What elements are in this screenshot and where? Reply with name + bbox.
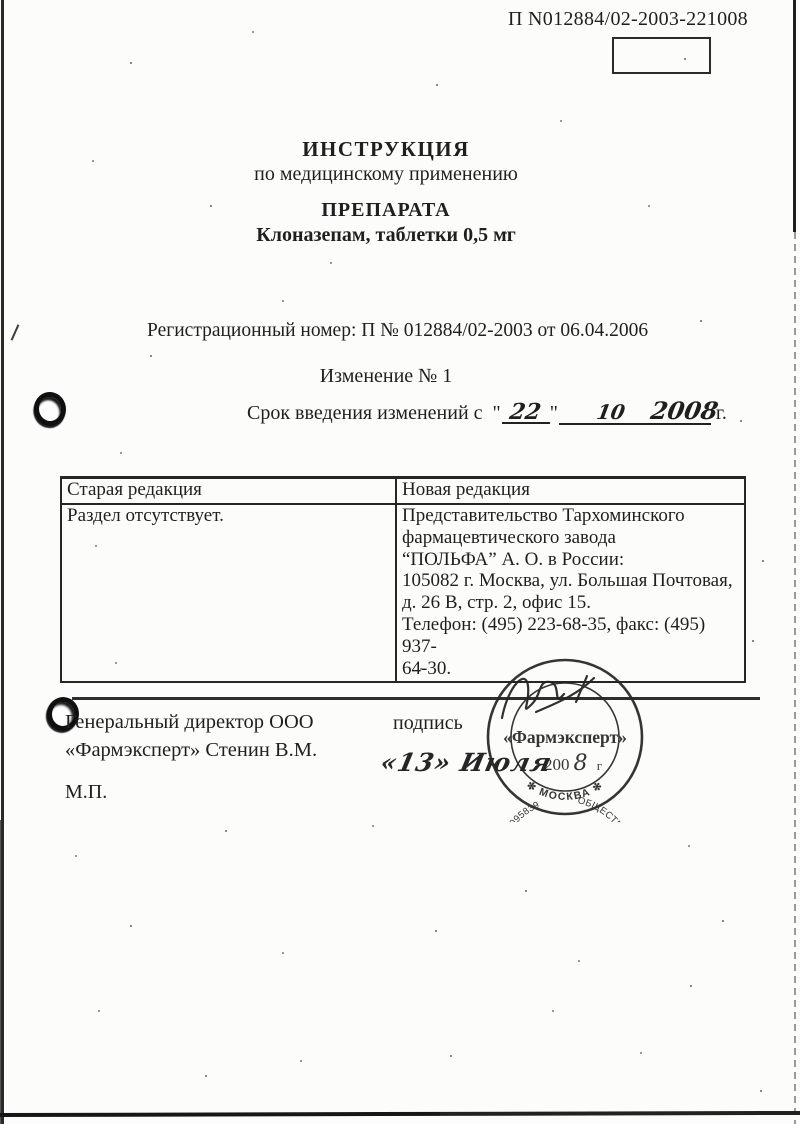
seal-place-label: М.П. — [65, 781, 107, 804]
company-stamp: ОБЩЕСТВО С ОГРАНИЧЕННОЙ ОТВЕТСТВЕННОСТЬЮ… — [480, 652, 650, 822]
page-title: ИНСТРУКЦИЯ — [0, 137, 772, 162]
effective-date-line: Срок введения изменений с "22"102008 г. — [247, 402, 727, 425]
handwritten-day-underline: 22 — [502, 402, 550, 424]
signature-label: подпись — [393, 712, 463, 735]
preparation-label: ПРЕПАРАТА — [0, 199, 772, 222]
scan-noise — [0, 0, 2, 2]
director-name: «Фармэксперт» Стенин В.М. — [65, 739, 317, 762]
handwritten-year: 2008 — [649, 403, 719, 419]
handwritten-day: 22 — [509, 402, 543, 422]
document-number: П N012884/02-2003-221008 — [508, 8, 748, 31]
stamp-company-name: «Фармэксперт» — [503, 727, 627, 747]
signature-rule — [72, 697, 760, 700]
scanned-document-page: П N012884/02-2003-221008 ИНСТРУКЦИЯ по м… — [0, 0, 800, 1124]
open-quote: " — [493, 402, 502, 424]
table-header-row: Старая редакция Новая редакция — [61, 478, 745, 505]
scan-edge-right — [793, 0, 796, 232]
preparation-name: Клоназепам, таблетки 0,5 мг — [0, 224, 772, 247]
empty-stamp-box — [612, 37, 711, 74]
new-redaction-header: Новая редакция — [396, 478, 745, 505]
scan-edge-right-dashed — [794, 232, 796, 1124]
director-title: Генеральный директор ООО — [65, 711, 314, 734]
handwritten-month: 10 — [595, 402, 626, 422]
handwritten-signature — [502, 676, 594, 718]
handwritten-signing-date: «13» Июля — [378, 748, 555, 777]
pen-slash-mark — [11, 324, 20, 340]
old-redaction-cell: Раздел отсутствует. — [61, 504, 396, 682]
page-subtitle: по медицинскому применению — [0, 163, 772, 186]
scan-edge-bottom — [0, 1111, 800, 1117]
scan-edge-left-secondary — [0, 820, 1, 1124]
registration-number-line: Регистрационный номер: П № 012884/02-200… — [147, 320, 648, 342]
close-quote: " — [550, 402, 559, 424]
handwritten-month-year-underline: 102008 — [559, 402, 711, 425]
old-redaction-header: Старая редакция — [61, 478, 396, 505]
stamp-graphic: ОБЩЕСТВО С ОГРАНИЧЕННОЙ ОТВЕТСТВЕННОСТЬЮ… — [480, 652, 650, 822]
amendment-line: Изменение № 1 — [0, 365, 772, 388]
effective-prefix: Срок введения изменений с — [247, 402, 483, 424]
punch-hole-top — [32, 390, 68, 428]
